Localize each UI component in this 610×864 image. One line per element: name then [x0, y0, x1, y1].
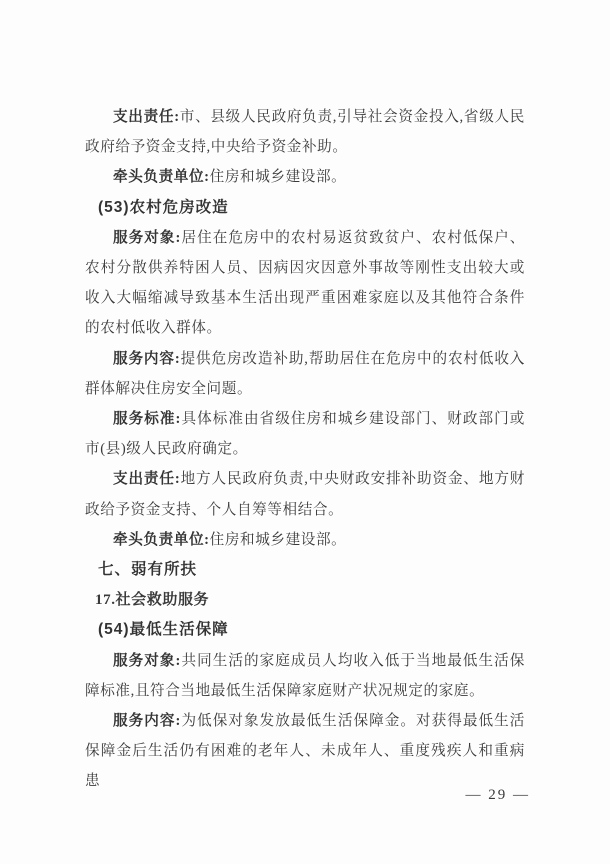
- para-label: 服务内容:: [113, 351, 180, 367]
- para-label: 支出责任:: [113, 471, 180, 487]
- para-service-content-53: 服务内容:提供危房改造补助,帮助居住在危房中的农村低收入群体解决住房安全问题。: [85, 344, 525, 404]
- para-lead-unit-53: 牵头负责单位:住房和城乡建设部。: [85, 525, 525, 555]
- para-service-content-54: 服务内容:为低保对象发放最低生活保障金。对获得最低生活保障金后生活仍有困难的老年…: [85, 706, 525, 797]
- para-lead-unit-52: 牵头负责单位:住房和城乡建设部。: [85, 162, 525, 192]
- heading-section-7: 七、弱有所扶: [85, 555, 525, 585]
- para-label: 服务对象:: [113, 653, 181, 669]
- heading-item-54: (54)最低生活保障: [85, 615, 525, 645]
- para-label: 服务内容:: [113, 713, 181, 729]
- para-label: 服务对象:: [113, 230, 181, 246]
- para-label: 支出责任:: [113, 109, 180, 125]
- heading-subsection-17: 17.社会救助服务: [85, 585, 525, 615]
- heading-item-53: (53)农村危房改造: [85, 193, 525, 223]
- para-service-standard-53: 服务标准:具体标准由省级住房和城乡建设部门、财政部门或市(县)级人民政府确定。: [85, 404, 525, 464]
- para-service-target-53: 服务对象:居住在危房中的农村易返贫致贫户、农村低保户、农村分散供养特困人员、因病…: [85, 223, 525, 344]
- para-label: 牵头负责单位:: [113, 532, 210, 548]
- para-expenditure-responsibility-53: 支出责任:地方人民政府负责,中央财政安排补助资金、地方财政给予资金支持、个人自筹…: [85, 464, 525, 524]
- para-text: 住房和城乡建设部。: [210, 532, 347, 548]
- para-service-target-54: 服务对象:共同生活的家庭成员人均收入低于当地最低生活保障标准,且符合当地最低生活…: [85, 646, 525, 706]
- document-body: 支出责任:市、县级人民政府负责,引导社会资金投入,省级人民政府给予资金支持,中央…: [85, 102, 525, 797]
- para-label: 牵头负责单位:: [113, 169, 210, 185]
- page-number: — 29 —: [466, 780, 531, 810]
- para-text: 住房和城乡建设部。: [210, 169, 347, 185]
- para-expenditure-responsibility-52: 支出责任:市、县级人民政府负责,引导社会资金投入,省级人民政府给予资金支持,中央…: [85, 102, 525, 162]
- document-page: 支出责任:市、县级人民政府负责,引导社会资金投入,省级人民政府给予资金支持,中央…: [0, 0, 610, 864]
- para-label: 服务标准:: [113, 411, 181, 427]
